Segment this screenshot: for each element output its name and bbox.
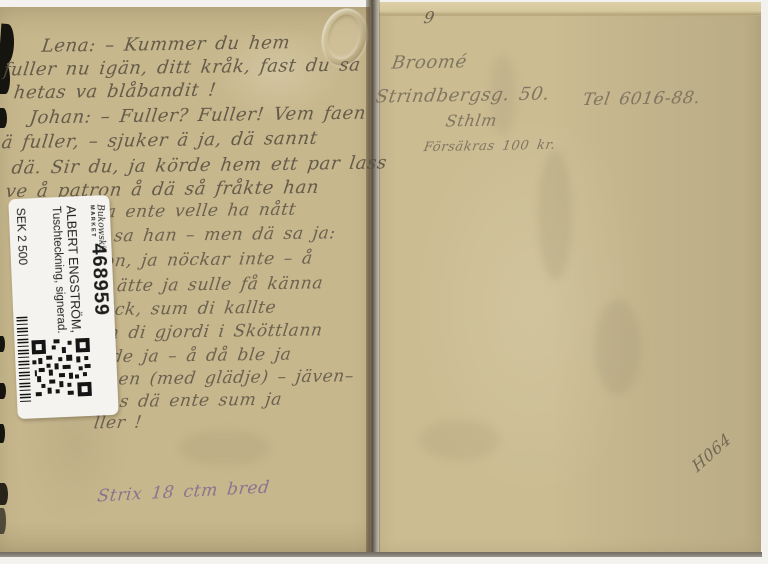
edge-tear-mark: [0, 483, 8, 505]
price-estimate: SEK 2 500: [14, 207, 30, 265]
dialogue-line: orde ja – å då ble ja: [91, 345, 293, 368]
dialogue-line: ller !: [93, 413, 144, 434]
city-note: Sthlm: [444, 111, 498, 131]
scanned-manuscript-photo: Lena: – Kummer du hem fuller nu igän, di…: [0, 0, 768, 564]
dialogue-line: Lena: – Kummer du hem: [40, 32, 291, 56]
qr-code: [31, 338, 91, 398]
name-note: Broomé: [390, 51, 468, 73]
stain: [420, 420, 500, 460]
edge-tear-mark: [0, 108, 7, 128]
dialogue-line: ä fuller, – sjuker ä ja, dä sannt: [0, 128, 319, 153]
dialogue-line: sum di gjordi i Sköttlann: [81, 320, 324, 343]
insurance-note: Försäkras 100 kr.: [423, 138, 557, 155]
phone-note: Tel 6016-88.: [581, 88, 702, 110]
artist-name: ALBERT ENGSTRÖM,: [64, 205, 84, 333]
tape-repair-strip: [379, 2, 761, 16]
dialogue-line: ja ente velle ha nått: [99, 200, 298, 223]
edge-tear-mark: [0, 383, 6, 399]
edge-tear-mark: [0, 336, 5, 352]
dialogue-line: tron, ja nöckar inte – å: [87, 248, 315, 271]
dialogue-line: an ätte ja sulle få känna: [85, 273, 325, 296]
page-seam: [366, 0, 380, 556]
stain: [595, 300, 641, 395]
barcode: [16, 317, 31, 405]
stain: [538, 150, 572, 280]
dialogue-line: hetas va blåbandit !: [12, 80, 217, 104]
auction-label-face: Bukowskis MARKET 468959 ALBERT ENGSTRÖM,…: [8, 195, 119, 419]
stain: [180, 430, 270, 466]
edge-tear-mark: [0, 508, 6, 534]
edge-tear-mark: [0, 424, 5, 443]
auction-house-logo: Bukowskis MARKET: [89, 204, 105, 239]
dialogue-line: s, sa han – men dä sa ja:: [89, 223, 337, 246]
logo-script-text: Bukowskis: [95, 204, 105, 238]
auction-label-sticker: Bukowskis MARKET 468959 ALBERT ENGSTRÖM,…: [8, 195, 119, 419]
dialogue-line: men (med glädje) – jäven–: [100, 366, 355, 390]
page-bottom-shadow: [0, 552, 762, 557]
address-note: Strindbergsg. 50.: [374, 83, 551, 107]
lot-number: 468959: [86, 243, 112, 317]
